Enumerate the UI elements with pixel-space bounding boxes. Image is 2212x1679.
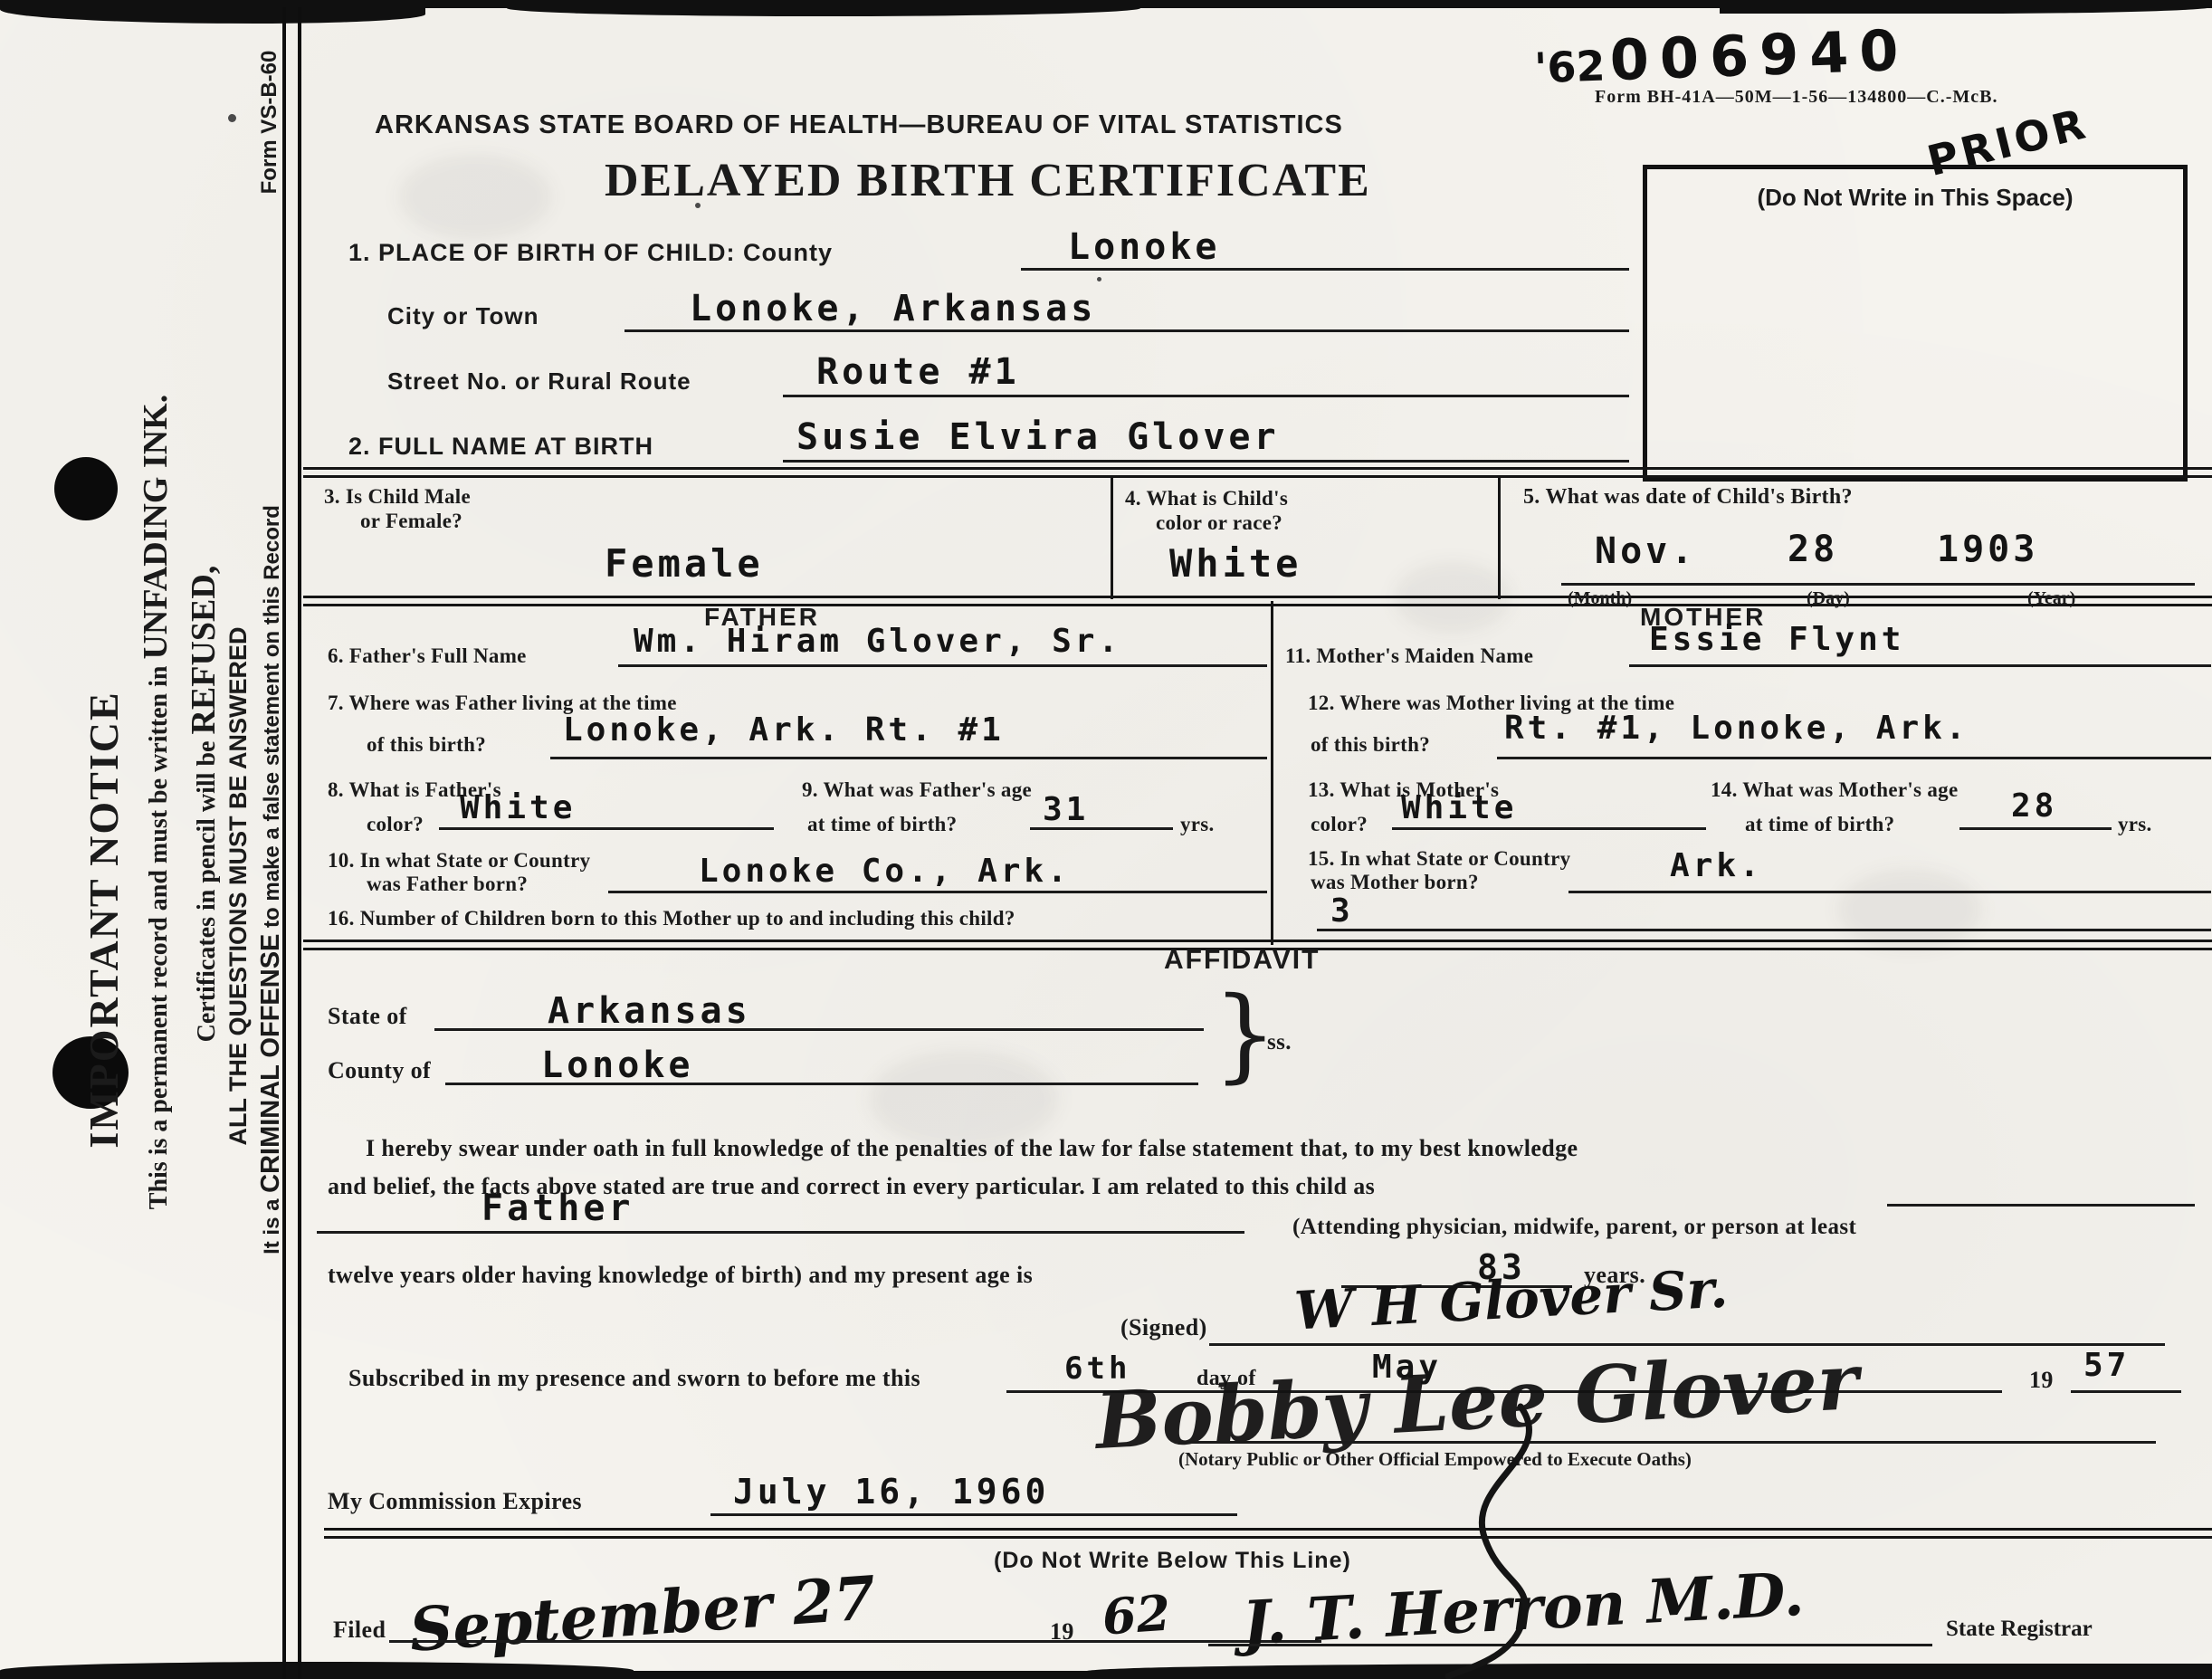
attending-note-1: (Attending physician, midwife, parent, o… xyxy=(1292,1215,1856,1240)
field13-label-2: color? xyxy=(1311,813,1368,836)
field3-label-2: or Female? xyxy=(360,510,462,533)
state-of-line xyxy=(434,1028,1204,1031)
field15-value: Ark. xyxy=(1670,847,1763,884)
affiant-signature: W H Glover Sr. xyxy=(1293,1258,1730,1342)
do-not-write-below-label: (Do Not Write Below This Line) xyxy=(994,1548,1351,1574)
field15-label-2: was Mother born? xyxy=(1311,871,1479,894)
field5-day: 28 xyxy=(1788,529,1838,570)
serial-number-stamp: '62 006940 xyxy=(1533,17,1911,96)
pencil-refused-text-1: Certificates in pencil will be xyxy=(193,735,221,1043)
sidebar-form-code: Form VS-B-60 xyxy=(257,25,282,219)
affidavit-heading: AFFIDAVIT xyxy=(1164,945,1320,976)
scan-edge-top-right xyxy=(1720,0,2212,14)
row-top-rule xyxy=(303,467,2212,478)
field9-suffix: yrs. xyxy=(1180,813,1215,836)
field9-value: 31 xyxy=(1043,791,1089,828)
field8-value: White xyxy=(460,789,576,826)
row-bottom-rule xyxy=(303,596,2212,606)
relation-value: Father xyxy=(481,1188,634,1229)
serial-stamp-number: 006940 xyxy=(1608,17,1910,94)
commission-line xyxy=(710,1513,1237,1516)
field11-value: Essie Flynt xyxy=(1649,621,1904,658)
field6-line xyxy=(618,664,1267,667)
field5-line xyxy=(1561,583,2195,586)
cell-divider-3-4 xyxy=(1111,478,1113,599)
scan-smudge xyxy=(1837,869,1982,950)
field4-label-1: 4. What is Child's xyxy=(1125,487,1288,510)
ink-speck xyxy=(228,114,236,122)
field9-label-1: 9. What was Father's age xyxy=(802,778,1032,802)
filed-label: Filed xyxy=(333,1617,386,1644)
year-prefix: 19 xyxy=(2029,1367,2054,1394)
field5-year: 1903 xyxy=(1937,529,2038,570)
field3-value: Female xyxy=(605,541,764,586)
scan-edge-top-mid xyxy=(507,0,1140,16)
field9-label-2: at time of birth? xyxy=(807,813,957,836)
street-label: Street No. or Rural Route xyxy=(387,367,691,396)
document-title: DELAYED BIRTH CERTIFICATE xyxy=(605,154,1371,207)
field11-label: 11. Mother's Maiden Name xyxy=(1285,644,1533,668)
field10-label-2: was Father born? xyxy=(367,873,528,896)
city-line xyxy=(625,329,1629,332)
attending-note-2: twelve years older having knowledge of b… xyxy=(328,1262,1033,1289)
county-of-line xyxy=(445,1083,1198,1085)
scan-smudge xyxy=(398,154,552,240)
criminal-text-3: to make a false statement on this Record xyxy=(260,505,284,933)
field4-label-2: color or race? xyxy=(1156,511,1282,535)
field14-line xyxy=(1959,827,2112,830)
field15-line xyxy=(1568,891,2211,893)
field14-value: 28 xyxy=(2011,787,2057,825)
notary-line xyxy=(1178,1441,2156,1444)
filed-line xyxy=(389,1640,1321,1643)
subscribed-label: Subscribed in my presence and sworn to b… xyxy=(348,1365,920,1392)
do-not-write-box: (Do Not Write in This Space) xyxy=(1643,165,2188,482)
field14-suffix: yrs. xyxy=(2118,813,2152,836)
street-line xyxy=(783,395,1629,397)
field10-label-1: 10. In what State or Country xyxy=(328,849,590,873)
state-of-label: State of xyxy=(328,1003,407,1030)
signature-flourish xyxy=(1385,1401,1602,1679)
ss-label: ss. xyxy=(1267,1030,1292,1055)
form-code-text: Form VS-B-60 xyxy=(257,51,281,195)
field13-value: White xyxy=(1401,789,1517,826)
filed-year-script: 62 xyxy=(1101,1583,1172,1646)
delayed-birth-certificate-scan: IMPORTANT NOTICE This is a permanent rec… xyxy=(0,0,2212,1679)
state-of-value: Arkansas xyxy=(548,990,751,1032)
hole-punch-top xyxy=(54,457,118,520)
unfading-ink-text-2: UNFADING INK. xyxy=(137,395,175,660)
city-label: City or Town xyxy=(387,302,539,330)
field1-label: 1. PLACE OF BIRTH OF CHILD: County xyxy=(348,239,833,267)
field5-day-caption: (Day) xyxy=(1807,588,1850,609)
relation-line xyxy=(317,1231,1244,1234)
unfading-ink-text-1: This is a permanent record and must be w… xyxy=(145,660,173,1210)
serial-stamp-year: '62 xyxy=(1533,42,1606,93)
field6-label: 6. Father's Full Name xyxy=(328,644,527,668)
criminal-text-1: It is a xyxy=(260,1193,284,1254)
field5-year-caption: (Year) xyxy=(2027,588,2075,609)
field5-month-caption: (Month) xyxy=(1568,588,1632,609)
ink-speck xyxy=(1097,277,1101,281)
questions-text: ALL THE QUESTIONS MUST BE ANSWERED xyxy=(224,626,252,1145)
field8-line xyxy=(439,827,774,830)
year-value: 57 xyxy=(2083,1347,2130,1384)
scan-edge-bottom-right xyxy=(1086,1664,2212,1679)
field7-line xyxy=(550,757,1267,759)
state-registrar-label: State Registrar xyxy=(1946,1617,2093,1642)
field5-label: 5. What was date of Child's Birth? xyxy=(1523,485,1853,510)
field10-line xyxy=(608,891,1267,893)
signed-label: (Signed) xyxy=(1120,1314,1207,1341)
scan-edge-bottom-left xyxy=(0,1662,634,1679)
county-of-value: Lonoke xyxy=(541,1045,694,1086)
field15-label-1: 15. In what State or Country xyxy=(1308,847,1570,871)
city-value: Lonoke, Arkansas xyxy=(690,288,1096,329)
field7-value: Lonoke, Ark. Rt. #1 xyxy=(563,711,1005,749)
do-not-write-box-label: (Do Not Write in This Space) xyxy=(1647,184,2183,212)
printers-form-code: Form BH-41A—50M—1-56—134800—C.-McB. xyxy=(1595,87,1998,108)
field10-value: Lonoke Co., Ark. xyxy=(699,853,1071,890)
field4-value: White xyxy=(1169,541,1301,586)
bureau-heading: ARKANSAS STATE BOARD OF HEALTH—BUREAU OF… xyxy=(375,110,1343,140)
field2-label: 2. FULL NAME AT BIRTH xyxy=(348,433,653,461)
relation-line-right xyxy=(1887,1204,2195,1207)
field2-value: Susie Elvira Glover xyxy=(796,416,1280,458)
filed-date-script: September 27 xyxy=(407,1562,878,1665)
field14-label-2: at time of birth? xyxy=(1745,813,1894,836)
field16-value: 3 xyxy=(1330,892,1354,930)
sidebar-questions-notice: ALL THE QUESTIONS MUST BE ANSWERED xyxy=(224,413,253,1359)
criminal-text-2: CRIMINAL OFFENSE xyxy=(256,934,285,1193)
sidebar-criminal-offense-notice: It is a CRIMINAL OFFENSE to make a false… xyxy=(256,295,286,1464)
field3-label-1: 3. Is Child Male xyxy=(324,485,471,509)
commission-value: July 16, 1960 xyxy=(733,1472,1049,1512)
pencil-refused-text-2: REFUSED, xyxy=(185,566,223,735)
year-line xyxy=(2071,1390,2181,1393)
field1-value: Lonoke xyxy=(1068,226,1221,268)
cell-divider-4-5 xyxy=(1498,478,1501,599)
field2-line xyxy=(783,460,1629,463)
street-value: Route #1 xyxy=(816,351,1020,393)
oath-line-1: I hereby swear under oath in full knowle… xyxy=(366,1135,1578,1162)
field13-line xyxy=(1392,827,1706,830)
field16-line xyxy=(1317,929,2211,931)
sidebar-pencil-refused-notice: Certificates in pencil will be REFUSED, xyxy=(184,306,224,1302)
footer-rule xyxy=(324,1528,2212,1539)
county-of-label: County of xyxy=(328,1057,431,1084)
scan-edge-top-left xyxy=(0,0,425,24)
important-notice-text: IMPORTANT NOTICE xyxy=(81,691,127,1148)
field14-label-1: 14. What was Mother's age xyxy=(1711,778,1958,802)
field12-line xyxy=(1497,757,2211,759)
commission-label: My Commission Expires xyxy=(328,1488,582,1515)
field12-label-2: of this birth? xyxy=(1311,733,1430,757)
field16-label: 16. Number of Children born to this Moth… xyxy=(328,907,1015,930)
field7-label-2: of this birth? xyxy=(367,733,486,757)
field1-line xyxy=(1021,268,1629,271)
field6-value: Wm. Hiram Glover, Sr. xyxy=(634,623,1121,660)
field9-line xyxy=(1030,827,1173,830)
sidebar-important-notice: IMPORTANT NOTICE xyxy=(80,615,128,1224)
field8-label-2: color? xyxy=(367,813,424,836)
father-mother-divider xyxy=(1271,601,1273,945)
sidebar-unfading-ink-notice: This is a permanent record and must be w… xyxy=(136,217,176,1387)
field12-value: Rt. #1, Lonoke, Ark. xyxy=(1504,710,1969,747)
field5-month: Nov. xyxy=(1595,530,1696,572)
field11-line xyxy=(1629,664,2211,667)
